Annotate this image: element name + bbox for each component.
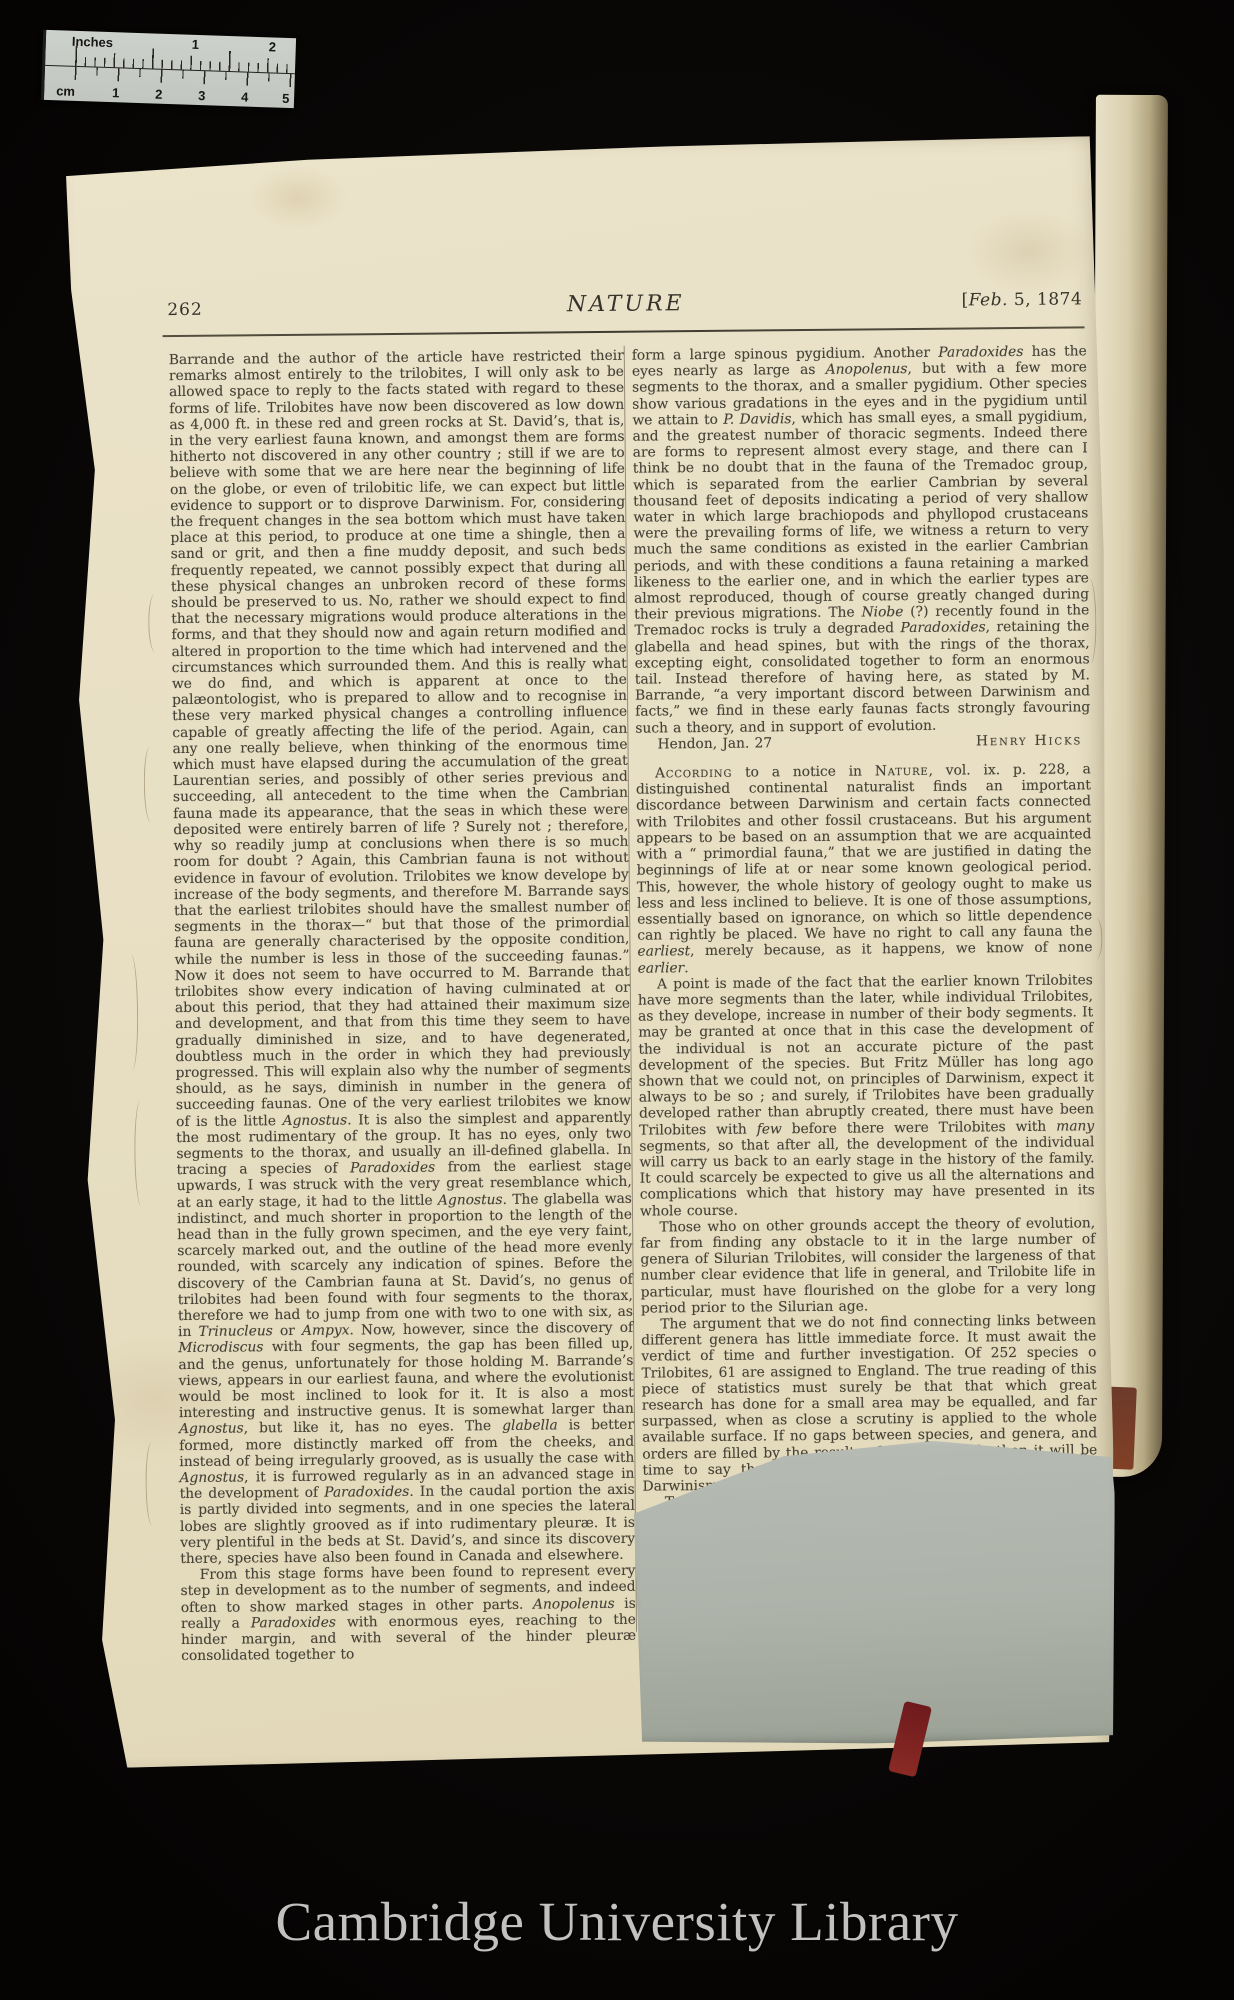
signoff-author: Henry Hicks [976, 732, 1082, 749]
library-watermark: Cambridge University Library [0, 1890, 1234, 1953]
ruler-number: 2 [155, 87, 163, 102]
paragraph: According to a notice in Nature, vol. ix… [636, 761, 1093, 976]
ruler-number: 5 [282, 91, 290, 106]
book-page-group: 262 NATURE [Feb. 5, 1874 Barrande and th… [0, 0, 1234, 2000]
signoff-place: Hendon, Jan. 27 [658, 735, 773, 752]
paragraph: form a large spinous pygidium. Another P… [632, 343, 1091, 736]
ruler-number: 3 [198, 88, 206, 103]
right-text-column: form a large spinous pygidium. Another P… [632, 343, 1098, 1528]
paragraph: A point is made of the fact that the ear… [638, 972, 1095, 1219]
ruler-number: 1 [112, 85, 120, 100]
issue-date: [Feb. 5, 1874 [962, 289, 1083, 310]
ruler-number: 4 [241, 89, 249, 104]
paragraph: Barrande and the author of the article h… [169, 348, 636, 1568]
paragraph: From this stage forms have been found to… [180, 1563, 636, 1665]
margin-mark [1089, 917, 1102, 959]
measurement-ruler: Inches 1 2 cm 1 2 3 4 5 [41, 30, 296, 108]
letter-signoff: Hendon, Jan. 27 Henry Hicks [635, 732, 1090, 753]
paragraph: Those who on other grounds accept the th… [640, 1215, 1096, 1317]
left-text-column: Barrande and the author of the article h… [169, 348, 637, 1665]
scanned-page-photograph: 262 NATURE [Feb. 5, 1874 Barrande and th… [0, 0, 1234, 2000]
ruler-cm-label: cm [56, 83, 75, 99]
